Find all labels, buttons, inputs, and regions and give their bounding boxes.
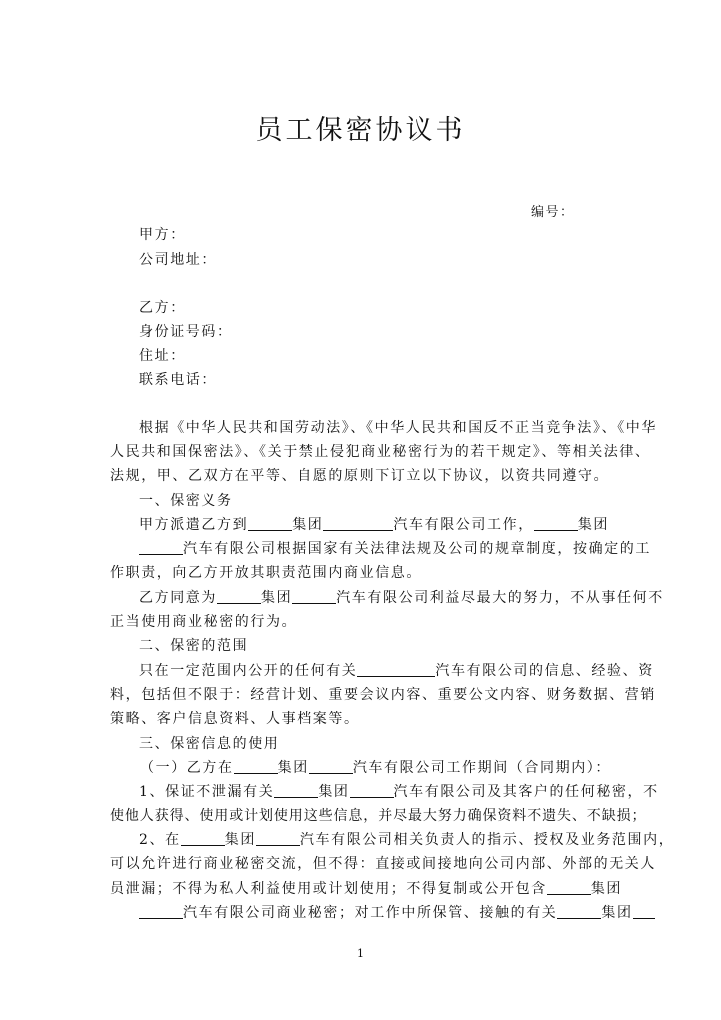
blank-field[interactable] bbox=[557, 904, 601, 919]
blank-field[interactable] bbox=[547, 880, 591, 895]
blank-field[interactable] bbox=[309, 759, 353, 774]
blank-field[interactable] bbox=[234, 759, 278, 774]
party-b-id-label: 身份证号码： bbox=[139, 322, 233, 342]
blank-field[interactable] bbox=[139, 540, 183, 555]
document-page: 员工保密协议书 编号： 甲方： 公司地址： 乙方： 身份证号码： 住址： 联系电… bbox=[0, 0, 721, 1020]
section-1-para-1-line-1: 甲方派遣乙方到集团汽车有限公司工作，集团 bbox=[139, 515, 609, 535]
section-3-item-1-line-1: 1、保证不泄漏有关集团汽车有限公司及其客户的任何秘密，不 bbox=[139, 782, 659, 802]
section-3-item-2-line-1: 2、在集团汽车有限公司相关负责人的指示、授权及业务范围内， bbox=[139, 830, 674, 850]
section-2-heading: 二、保密的范围 bbox=[139, 636, 248, 656]
section-1-para-2-line-2: 正当使用商业秘密的行为。 bbox=[110, 612, 297, 632]
page-number: 1 bbox=[0, 947, 721, 960]
section-3-item-1-line-2: 使他人获得、使用或计划使用这些信息，并尽最大努力确保资料不遗失、不缺损； bbox=[110, 806, 646, 826]
blank-field[interactable] bbox=[350, 783, 394, 798]
document-number-label: 编号： bbox=[531, 201, 575, 220]
page-title: 员工保密协议书 bbox=[0, 108, 721, 147]
section-3-item-2-line-2: 可以允许进行商业秘密交流，但不得：直接或间接地向公司内部、外部的无关人 bbox=[110, 854, 656, 874]
blank-field[interactable] bbox=[323, 516, 393, 531]
section-3-item-2-line-3: 员泄漏；不得为私人利益使用或计划使用；不得复制或公开包含集团 bbox=[110, 879, 622, 899]
preamble-line-2: 人民共和国保密法》、《关于禁止侵犯商业秘密行为的若干规定》、等相关法律、 bbox=[110, 442, 651, 462]
section-1-para-2-line-1: 乙方同意为集团汽车有限公司利益尽最大的努力，不从事任何不 bbox=[139, 588, 664, 608]
blank-field[interactable] bbox=[274, 783, 318, 798]
party-b-label: 乙方： bbox=[139, 298, 186, 318]
section-2-line-2: 料，包括但不限于：经营计划、重要会议内容、重要公文内容、财务数据、营销 bbox=[110, 685, 656, 705]
blank-field[interactable] bbox=[292, 589, 336, 604]
blank-field[interactable] bbox=[633, 904, 655, 919]
section-1-para-1-line-3: 作职责，向乙方开放其职责范围内商业信息。 bbox=[110, 563, 422, 583]
section-2-line-3: 策略、客户信息资料、人事档案等。 bbox=[110, 709, 360, 729]
section-3-sub-1: （一）乙方在集团汽车有限公司工作期间（合同期内）： bbox=[140, 758, 611, 778]
party-b-phone-label: 联系电话： bbox=[139, 370, 217, 390]
blank-field[interactable] bbox=[139, 904, 183, 919]
blank-field[interactable] bbox=[181, 831, 225, 846]
blank-field[interactable] bbox=[534, 516, 578, 531]
section-2-line-1: 只在一定范围内公开的任何有关汽车有限公司的信息、经验、资 bbox=[139, 661, 654, 681]
section-3-heading: 三、保密信息的使用 bbox=[139, 734, 279, 754]
party-b-address-label: 住址： bbox=[139, 346, 186, 366]
section-3-item-2-line-4: 汽车有限公司商业秘密；对工作中所保管、接触的有关集团 bbox=[139, 903, 655, 923]
party-a-address-label: 公司地址： bbox=[139, 250, 217, 270]
preamble-line-3: 法规，甲、乙双方在平等、自愿的原则下订立以下协议，以资共同遵守。 bbox=[110, 466, 609, 486]
section-1-para-1-line-2: 汽车有限公司根据国家有关法律法规及公司的规章制度，按确定的工 bbox=[139, 539, 651, 559]
party-a-label: 甲方： bbox=[139, 225, 186, 245]
section-1-heading: 一、保密义务 bbox=[139, 491, 233, 511]
blank-field[interactable] bbox=[217, 589, 261, 604]
blank-field[interactable] bbox=[256, 831, 300, 846]
blank-field[interactable] bbox=[357, 662, 435, 677]
blank-field[interactable] bbox=[248, 516, 292, 531]
preamble-line-1: 根据《中华人民共和国劳动法》、《中华人民共和国反不正当竞争法》、《中华 bbox=[139, 418, 657, 438]
